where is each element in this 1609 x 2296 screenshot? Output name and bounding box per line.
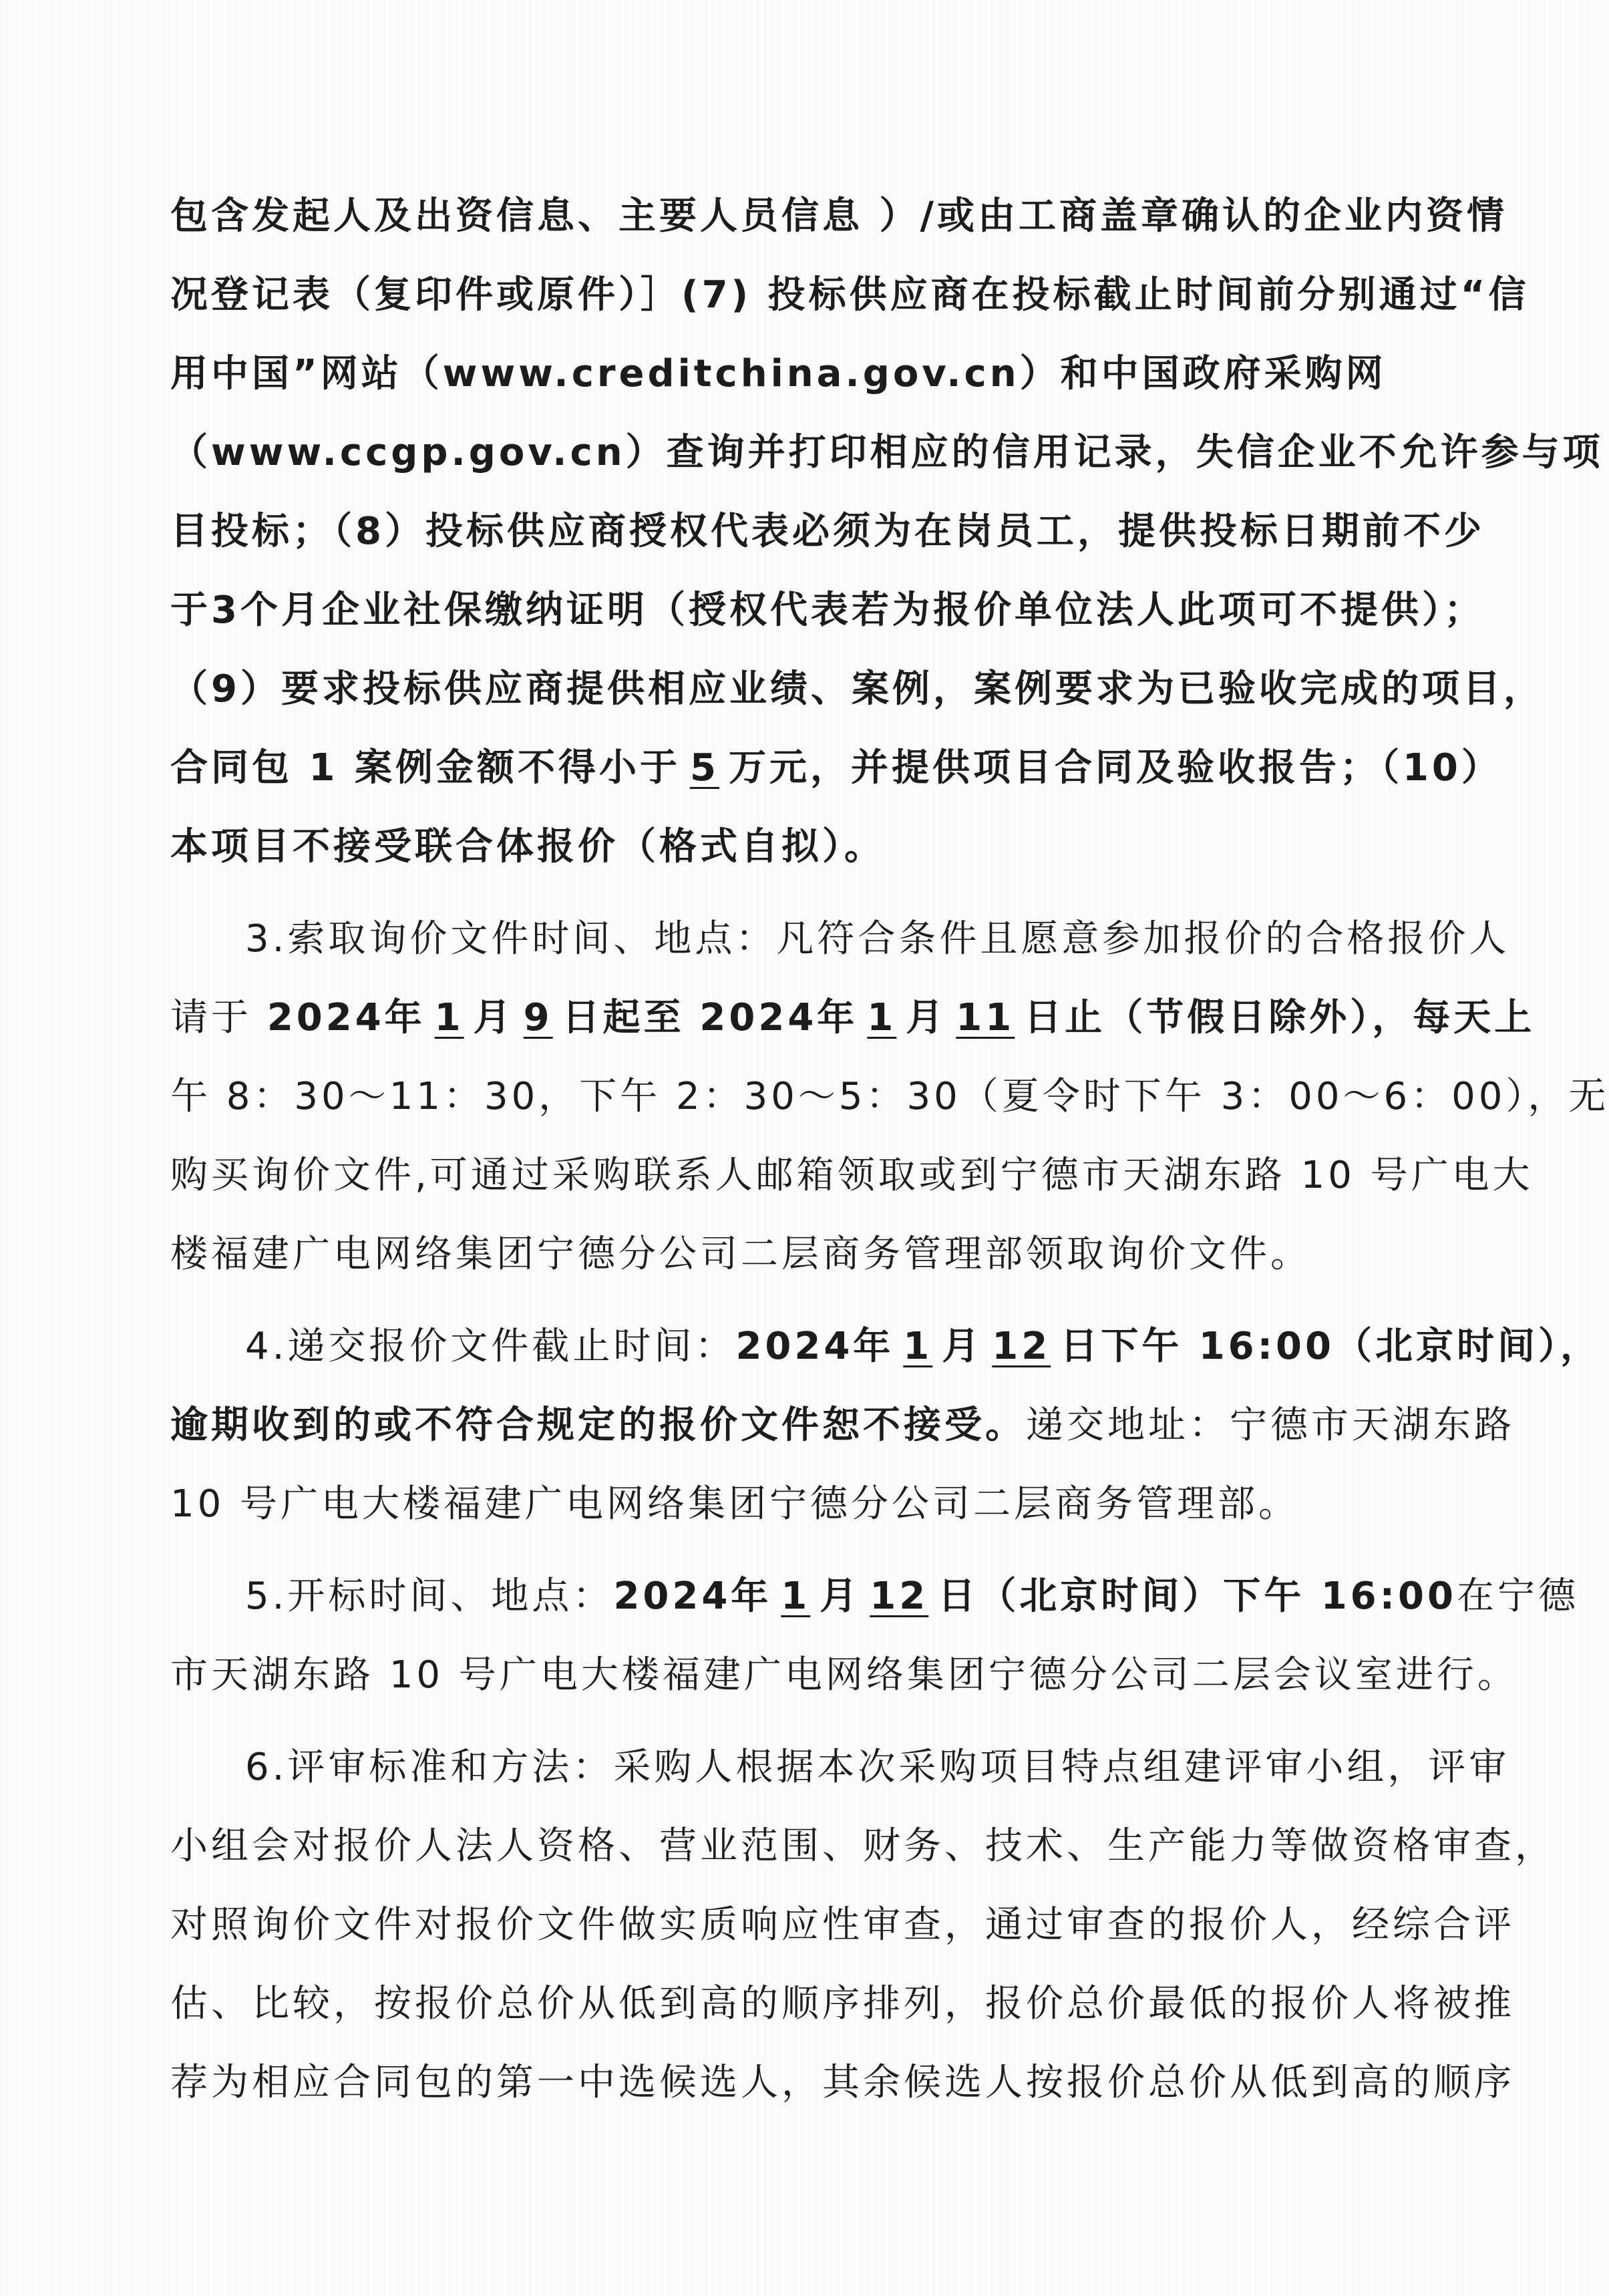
- section-3-heading: 3.索取询价文件时间、地点：凡符合条件且愿意参加报价的合格报价人: [170, 900, 1443, 979]
- document-body: 包含发起人及出资信息、主要人员信息 ）/或由工商盖章确认的企业内资情 况登记表（…: [170, 177, 1443, 2122]
- document-page: 包含发起人及出资信息、主要人员信息 ）/或由工商盖章确认的企业内资情 况登记表（…: [0, 0, 1609, 2296]
- case-amount-prefix: 合同包 1 案例金额不得小于: [170, 746, 681, 790]
- text-line: 包含发起人及出资信息、主要人员信息 ）/或由工商盖章确认的企业内资情: [170, 177, 1443, 256]
- opening-location: 市天湖东路 10 号广电大楼福建广电网络集团宁德分公司二层会议室进行。: [170, 1636, 1443, 1715]
- text-line: 荐为相应合同包的第一中选候选人，其余候选人按报价总价从低到高的顺序: [170, 2043, 1443, 2122]
- deadline-month: 1: [894, 1325, 942, 1368]
- opening-time: 日（北京时间）下午 16:00: [938, 1575, 1457, 1618]
- section-4-deadline: 4.递交报价文件截止时间：2024年1月12日下午 16:00（北京时间），: [170, 1307, 1443, 1386]
- end-year: 2024: [699, 996, 817, 1039]
- start-year: 2024: [267, 996, 385, 1039]
- text-line: 目投标；（8）投标供应商授权代表必须为在岗员工，提供投标日期前不少: [170, 492, 1443, 571]
- text-line: 本项目不接受联合体报价（格式自拟）。: [170, 808, 1443, 886]
- case-amount-value: 5: [681, 746, 729, 790]
- section-5-opening: 5.开标时间、地点：2024年1月12日（北京时间）下午 16:00在宁德: [170, 1557, 1443, 1636]
- opening-year: 2024: [613, 1575, 731, 1618]
- text-line: 对照询价文件对报价文件做实质响应性审查，通过审查的报价人，经综合评: [170, 1886, 1443, 1965]
- text-line: 于3个月企业社保缴纳证明（授权代表若为报价单位法人此项可不提供）；: [170, 571, 1443, 650]
- text-line: 估、比较，按报价总价从低到高的顺序排列，报价总价最低的报价人将被推: [170, 1965, 1443, 2043]
- text-line: 合同包 1 案例金额不得小于5万元，并提供项目合同及验收报告；（10）: [170, 729, 1443, 808]
- submission-address: 10 号广电大楼福建广电网络集团宁德分公司二层商务管理部。: [170, 1465, 1443, 1544]
- case-amount-suffix: 万元，并提供项目合同及验收报告；（10）: [729, 746, 1502, 790]
- end-day: 11: [946, 996, 1024, 1039]
- text-line: 楼福建广电网络集团宁德分公司二层商务管理部领取询价文件。: [170, 1215, 1443, 1294]
- text-line: 购买询价文件,可通过采购联系人邮箱领取或到宁德市天湖东路 10 号广电大: [170, 1136, 1443, 1215]
- text-line: 用中国”网站（www.creditchina.gov.cn）和中国政府采购网: [170, 335, 1443, 414]
- text-line: 逾期收到的或不符合规定的报价文件恕不接受。递交地址：宁德市天湖东路: [170, 1386, 1443, 1465]
- deadline-year: 2024: [735, 1325, 853, 1368]
- deadline-day: 12: [982, 1325, 1060, 1368]
- section-3-hours: 午 8：30～11：30，下午 2：30～5：30（夏令时下午 3：00～6：0…: [170, 1057, 1443, 1136]
- text-line: 小组会对报价人法人资格、营业范围、财务、技术、生产能力等做资格审查，: [170, 1807, 1443, 1886]
- opening-day: 12: [860, 1575, 938, 1618]
- end-month: 1: [858, 996, 906, 1039]
- late-submission-notice: 逾期收到的或不符合规定的报价文件恕不接受。: [170, 1404, 1026, 1447]
- start-month: 1: [425, 996, 474, 1039]
- text-line: 况登记表（复印件或原件）］(7) 投标供应商在投标截止时间前分别通过“信: [170, 256, 1443, 335]
- start-day: 9: [514, 996, 562, 1039]
- text-line: （www.ccgp.gov.cn）查询并打印相应的信用记录，失信企业不允许参与项: [170, 414, 1443, 492]
- deadline-time: 日下午 16:00（北京时间），: [1060, 1325, 1601, 1368]
- section-6-heading: 6.评审标准和方法：采购人根据本次采购项目特点组建评审小组，评审: [170, 1728, 1443, 1807]
- opening-month: 1: [771, 1575, 820, 1618]
- section-3-dates: 请于 2024年1月9日起至 2024年1月11日止（节假日除外），每天上: [170, 979, 1443, 1057]
- text-line: （9）要求投标供应商提供相应业绩、案例，案例要求为已验收完成的项目，: [170, 650, 1443, 729]
